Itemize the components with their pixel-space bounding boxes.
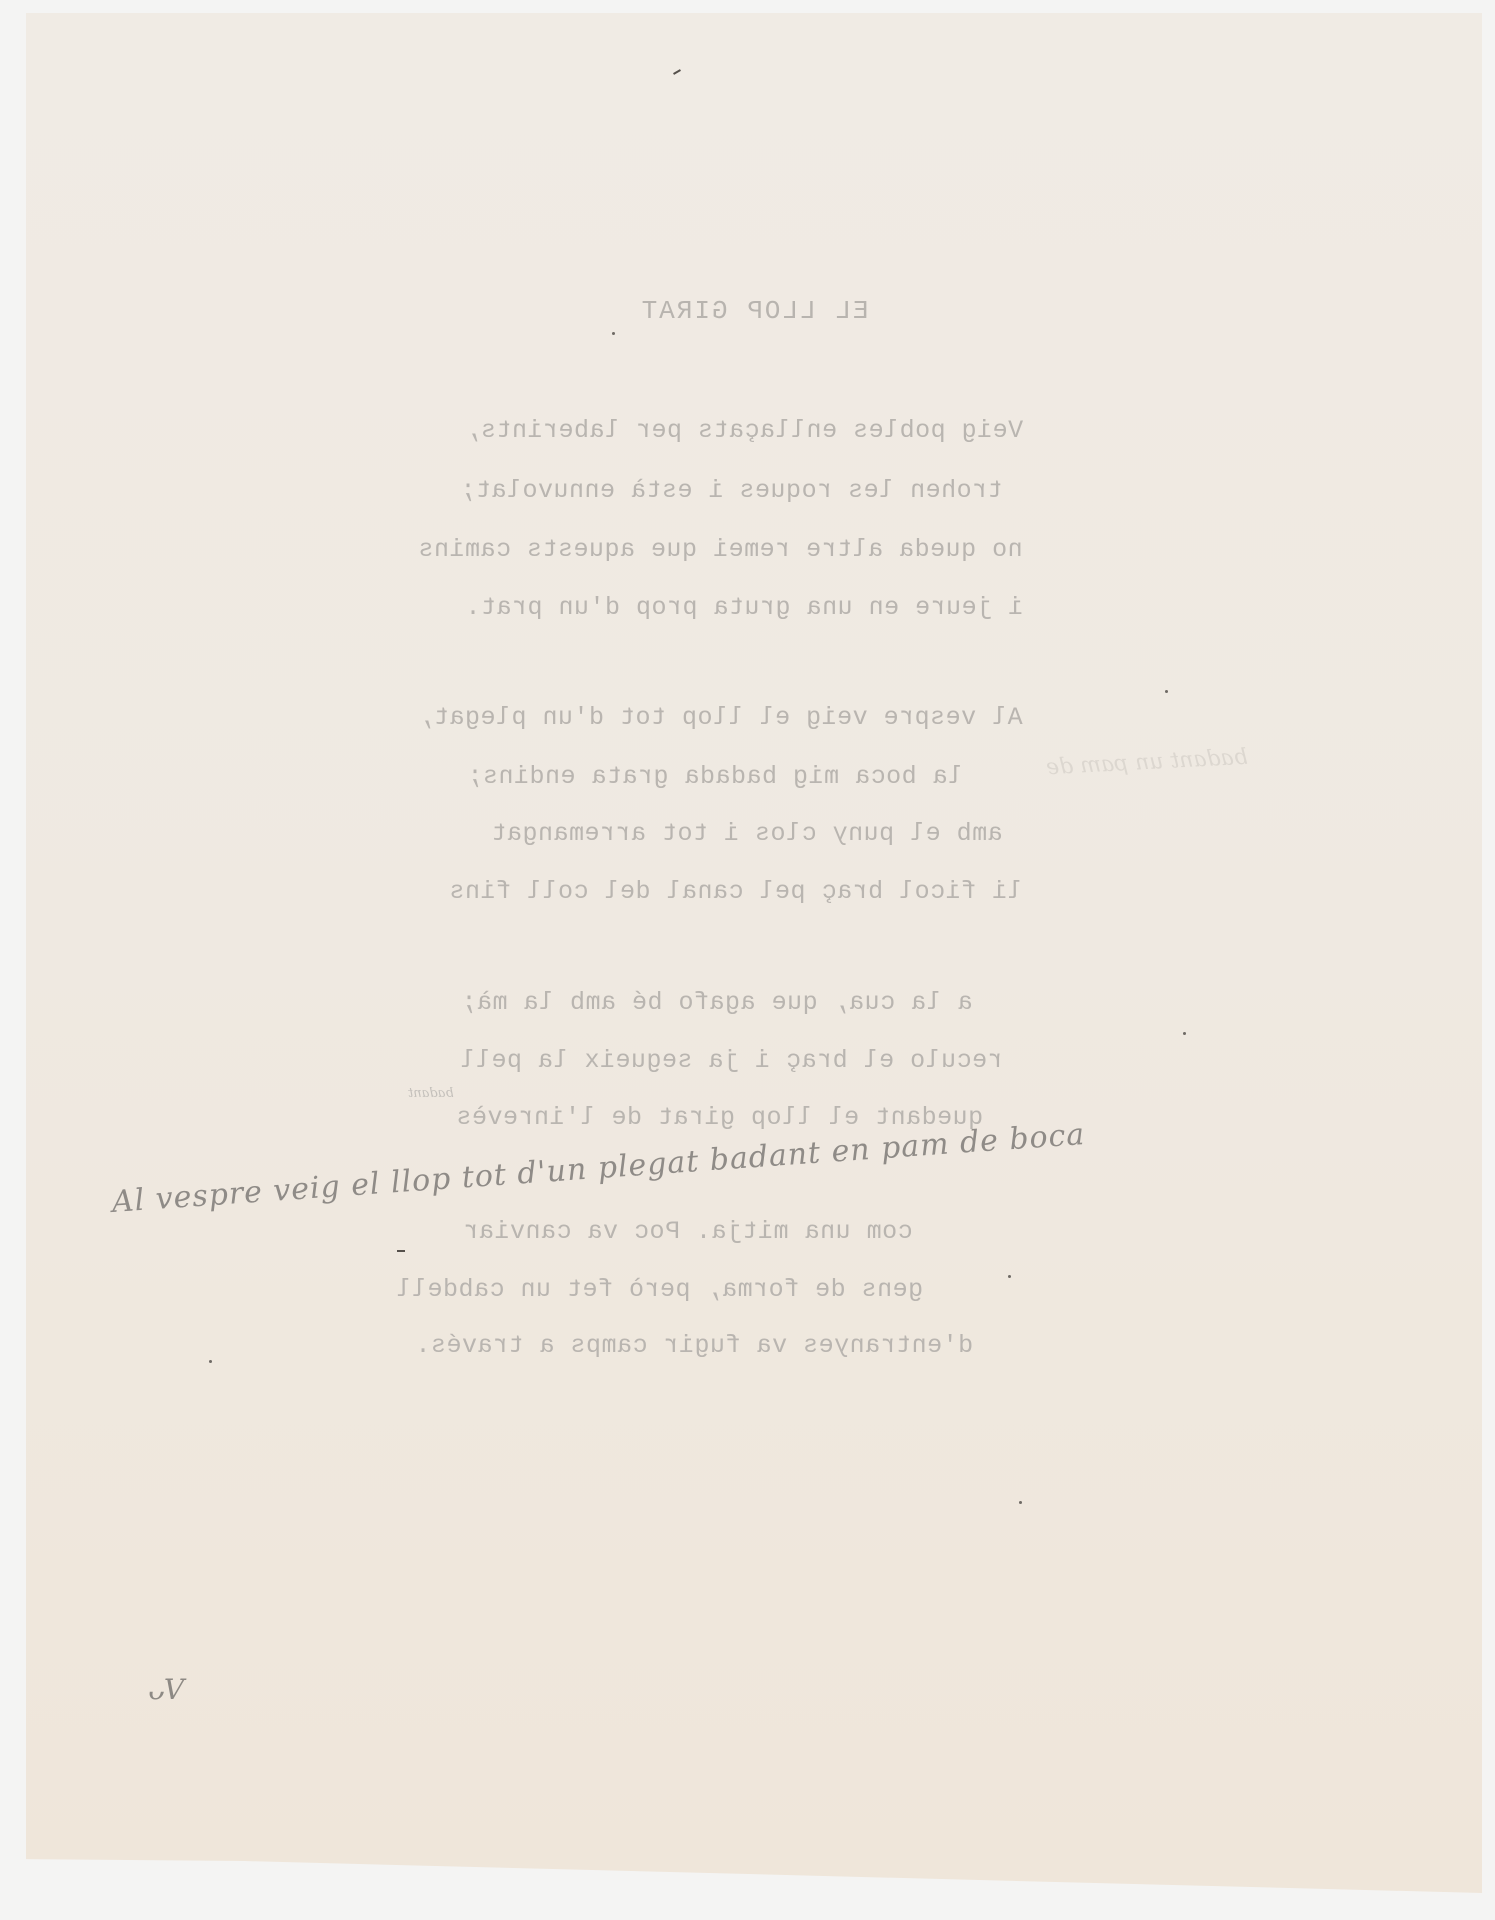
poem-line: trohen les roques i està ennuvolat; — [460, 476, 1003, 505]
poem-line: Al vespre veig el llop tot d'un plegat, — [418, 703, 1023, 732]
poem-line: i jeure en una gruta prop d'un prat. — [465, 593, 1023, 622]
ink-speck — [1008, 1275, 1011, 1278]
poem-line: Veig pobles enllaçats per laberints, — [465, 416, 1023, 445]
handwritten-margin-note: badant un pam de — [1045, 745, 1248, 781]
ink-speck — [1165, 690, 1168, 693]
poem-line: a la cua, que agafo bé amb la mà; — [461, 988, 973, 1017]
ink-speck — [612, 332, 615, 335]
ink-speck — [1019, 1501, 1022, 1504]
poem-line: reculo el braç i ja segueix la pell — [460, 1046, 1003, 1075]
ink-speck — [673, 69, 681, 75]
poem-line: li ficol braç pel canal del coll fins — [449, 877, 1023, 906]
poem-title: EL LLOP GIRAT — [26, 296, 1482, 326]
handwritten-annotation: Al vespre veig el llop tot d'un plegat b… — [111, 1117, 1087, 1220]
poem-line: com una mitja. Poc va canviar — [463, 1217, 913, 1246]
handwritten-interlinear-note: badant — [408, 1086, 454, 1101]
poem-line: quedant el llop girat de l'inrevès — [456, 1103, 983, 1132]
paper-sheet: EL LLOP GIRAT Veig pobles enllaçats per … — [26, 13, 1482, 1893]
poem-line: la boca mig badada grata endins; — [467, 762, 963, 791]
ink-speck — [397, 1250, 405, 1252]
handwritten-corner-mark: ᴗV — [147, 1673, 184, 1706]
poem-line: amb el puny clos i tot arremangat — [491, 819, 1003, 848]
ink-speck — [1183, 1032, 1186, 1035]
ink-speck — [209, 1360, 212, 1363]
poem-line: gens de forma, però fet un cabdell — [396, 1275, 923, 1304]
poem-line: no queda altre remei que aquests camins — [418, 535, 1023, 564]
poem-line: d'entranyes va fugir camps a través. — [415, 1331, 973, 1360]
